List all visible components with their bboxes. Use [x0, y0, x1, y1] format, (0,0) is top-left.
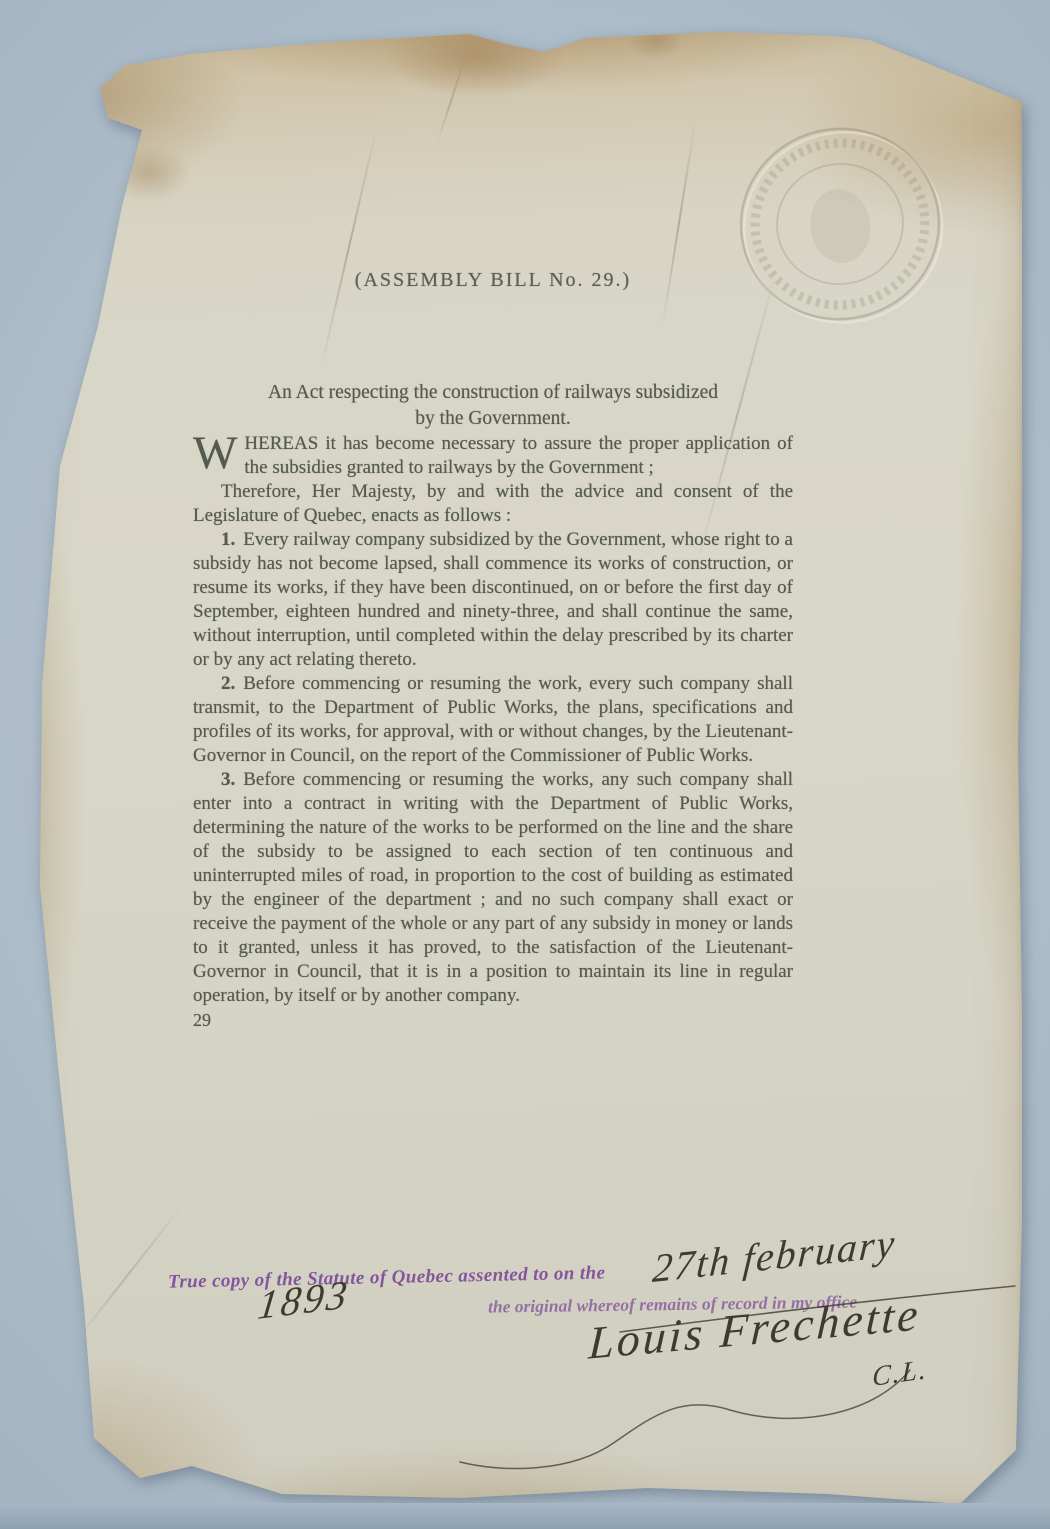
section-2-text: Before commencing or resuming the work, … [193, 673, 793, 766]
act-title: An Act respecting the construction of ra… [193, 380, 793, 432]
whereas-lead: HEREAS [244, 433, 318, 454]
printed-text-block: (ASSEMBLY BILL No. 29.) An Act respectin… [193, 268, 793, 1032]
whereas-dropcap: W [193, 433, 237, 474]
bill-header: (ASSEMBLY BILL No. 29.) [193, 268, 793, 292]
handwritten-date: 27th february [651, 1219, 898, 1292]
section-1-number: 1. [221, 529, 235, 550]
background-shadow-strip [0, 1503, 1050, 1529]
section-3-number: 3. [221, 769, 235, 790]
signature-initials: C.L. [872, 1354, 929, 1394]
act-title-line2: by the Government. [415, 408, 570, 429]
act-title-line1: An Act respecting the construction of ra… [268, 382, 718, 403]
preamble-therefore: Therefore, Her Majesty, by and with the … [193, 480, 793, 528]
preamble-whereas: WHEREAS it has become necessary to assur… [193, 432, 793, 480]
paper-crease [436, 58, 466, 144]
section-2-number: 2. [221, 673, 235, 694]
section-3-text: Before commencing or resuming the works,… [193, 769, 793, 1006]
section-2: 2.Before commencing or resuming the work… [193, 672, 793, 768]
section-1-text: Every railway company subsidized by the … [193, 529, 793, 670]
page-number: 29 [193, 1008, 793, 1032]
section-3: 3.Before commencing or resuming the work… [193, 768, 793, 1008]
document-page: (ASSEMBLY BILL No. 29.) An Act respectin… [30, 26, 1022, 1506]
photo-background: (ASSEMBLY BILL No. 29.) An Act respectin… [0, 0, 1050, 1529]
certification-stamp-line1: True copy of the Statute of Quebec assen… [168, 1260, 708, 1293]
section-1: 1.Every railway company subsidized by th… [193, 528, 793, 672]
paper-crease [71, 1204, 183, 1347]
whereas-text: it has become necessary to assure the pr… [244, 433, 793, 478]
